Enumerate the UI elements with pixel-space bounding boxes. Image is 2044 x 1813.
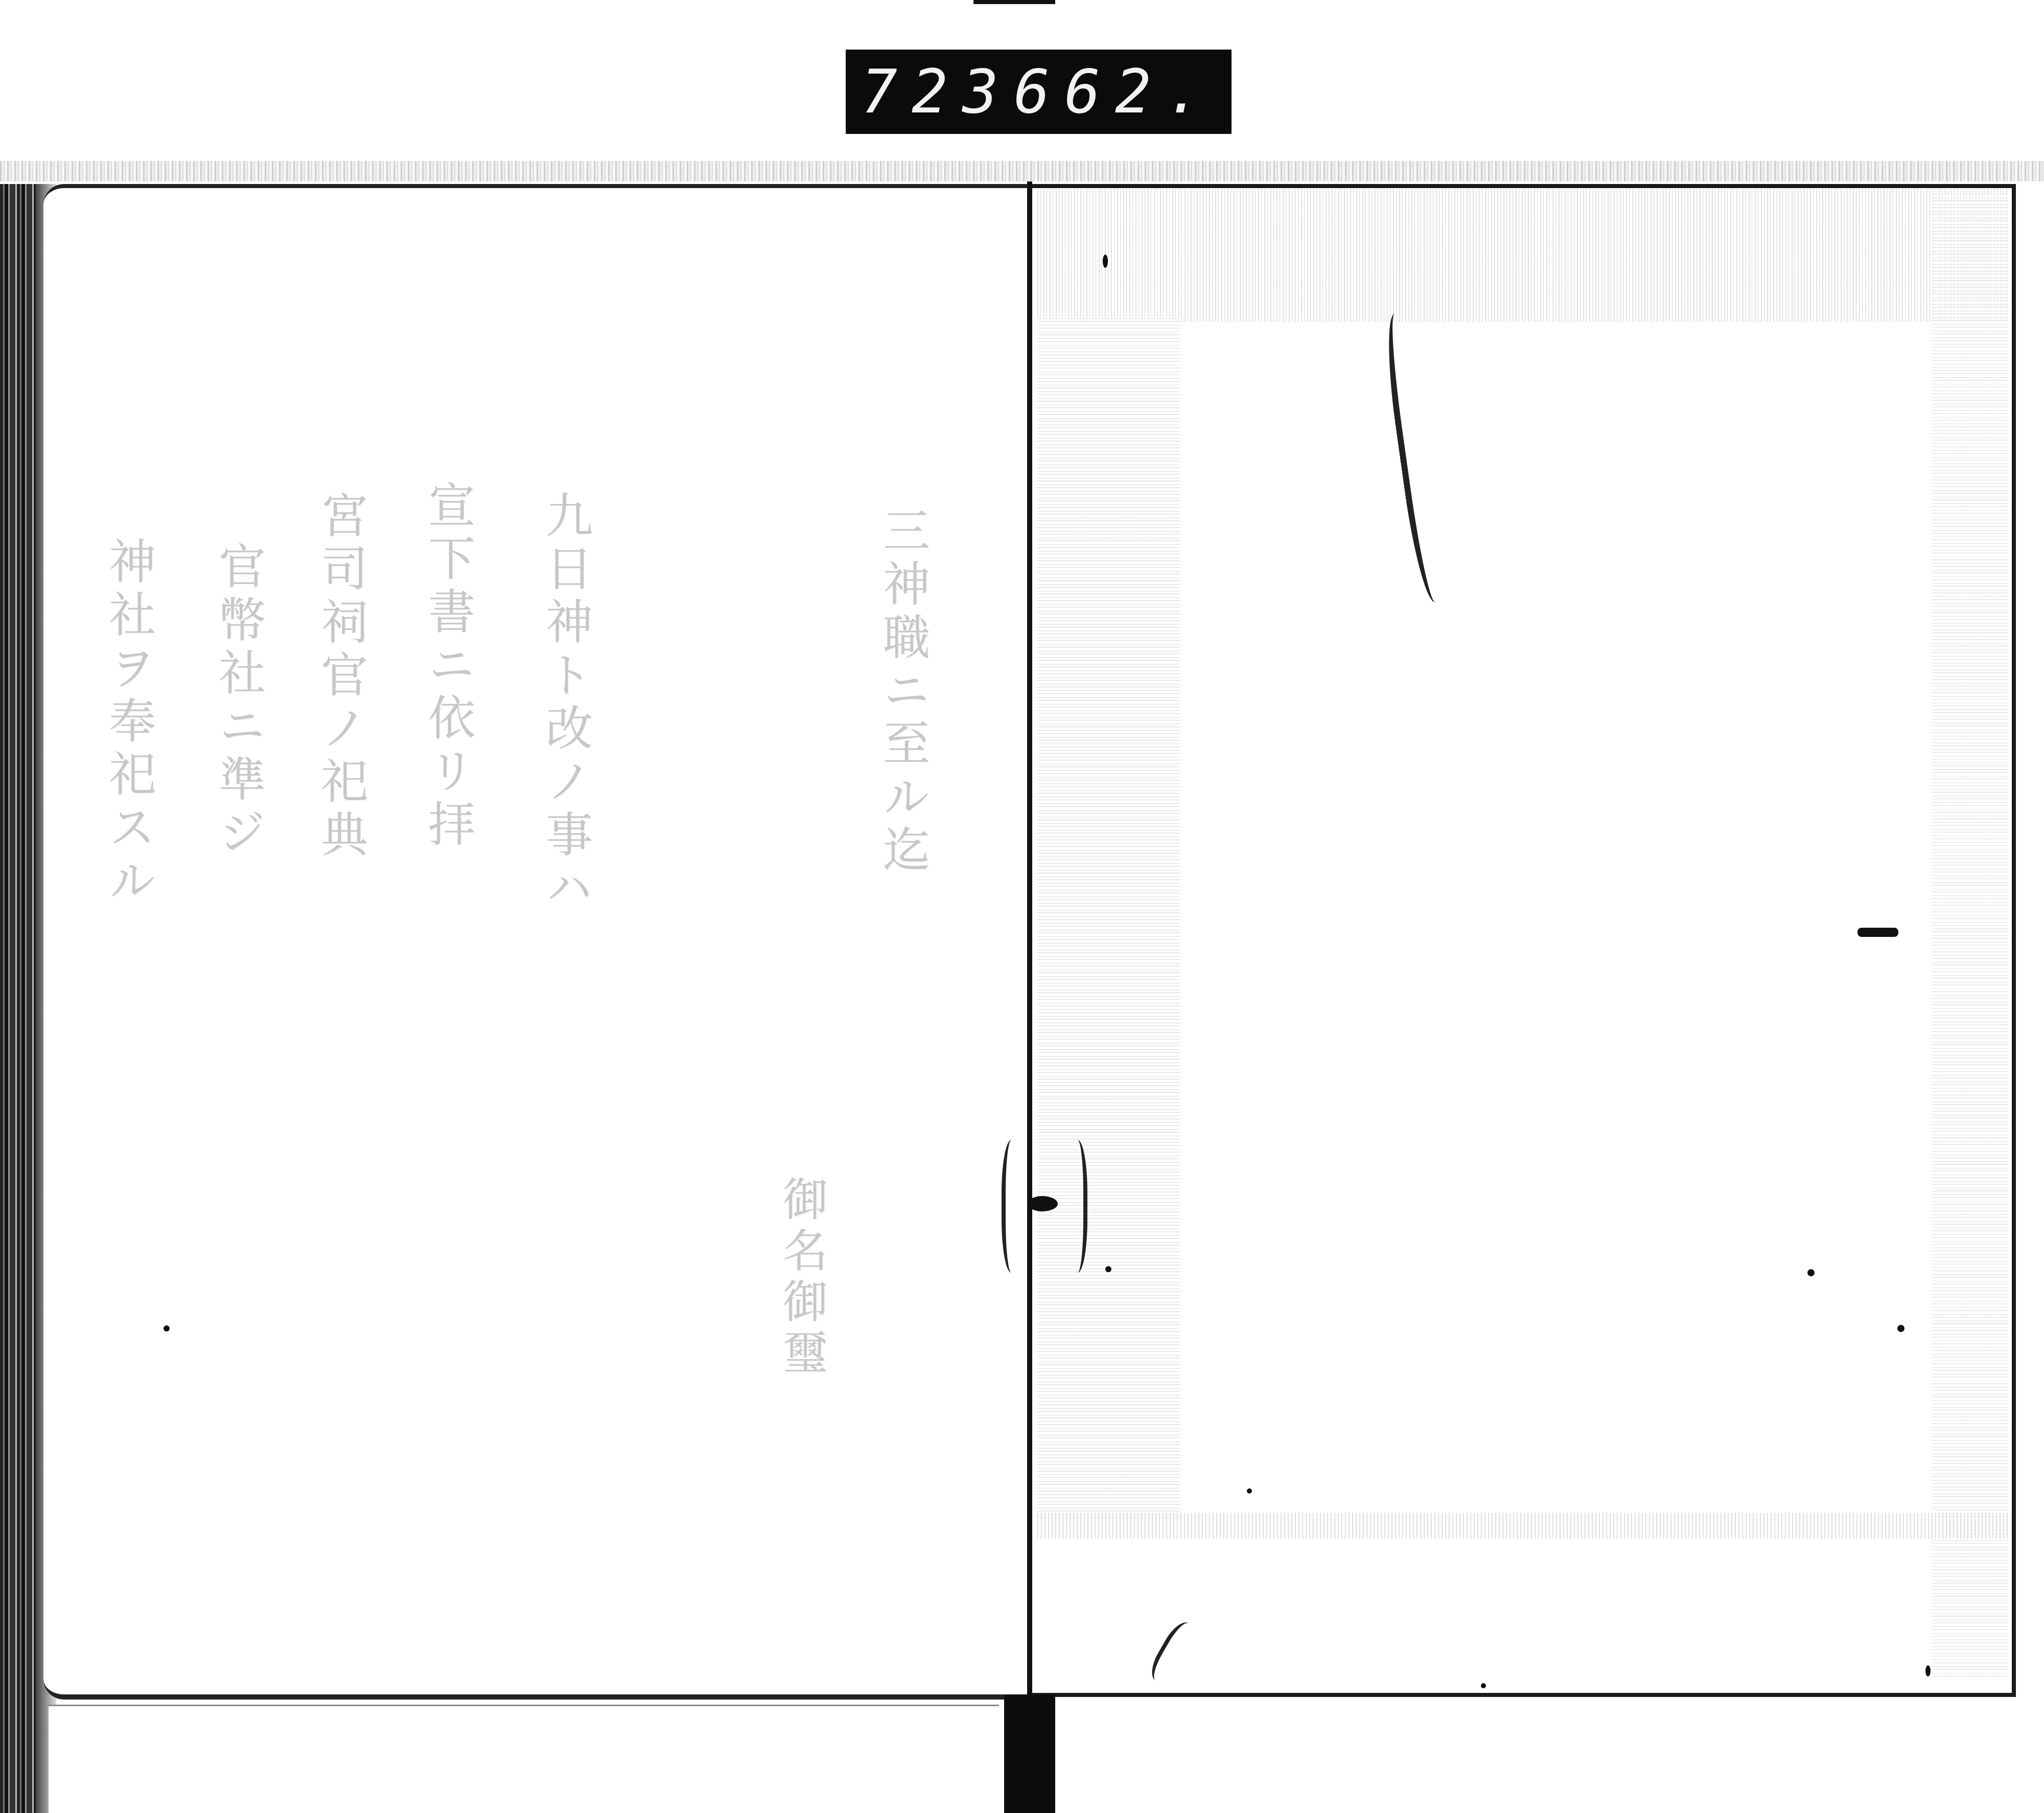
ink-spot: [1807, 1269, 1815, 1276]
frame-counter: 723 662.: [846, 50, 1232, 134]
text-column-5: 宮司祠官ノ祀典: [317, 491, 364, 863]
ink-spot: [1105, 1266, 1111, 1272]
spine-shadow: [1004, 1694, 1055, 1813]
text-column-1: 三神職ニ至ル迄: [879, 506, 926, 878]
text-column-3: 九日神ト改ノ事ハ: [542, 491, 589, 916]
text-column-2: 御名御璽: [779, 1176, 824, 1380]
film-edge-tab: [973, 0, 1055, 4]
ink-spot: [1247, 1488, 1252, 1494]
lower-sheet: [49, 1705, 999, 1813]
ink-spot: [1897, 1325, 1904, 1332]
left-page: [43, 184, 1027, 1700]
scan-noise-band: [0, 161, 2044, 181]
ink-spot: [1925, 1665, 1931, 1677]
ink-spot: [1481, 1683, 1486, 1688]
book-spine: [1027, 181, 1032, 1700]
text-column-6: 官幣社ニ準ジ: [215, 542, 262, 861]
bleed-through-left: [1037, 317, 1180, 1518]
ink-spot: [164, 1325, 170, 1332]
ink-spot: [1103, 255, 1108, 268]
bleed-through-top: [1037, 189, 2008, 322]
ink-spot: [1857, 928, 1898, 937]
hair-artifact: [1002, 1140, 1026, 1273]
frame-number-left: 723: [861, 50, 1013, 134]
bleed-through-right: [1932, 194, 2008, 1677]
text-column-7: 神社ヲ奉祀スル: [105, 537, 152, 909]
hair-artifact: [1063, 1140, 1087, 1273]
text-column-4: 宣下書ニ依リ拝: [424, 480, 471, 853]
frame-number-right: 662.: [1014, 50, 1216, 134]
ink-spot: [1027, 1196, 1058, 1211]
bleed-through-bottom: [1037, 1513, 2008, 1539]
